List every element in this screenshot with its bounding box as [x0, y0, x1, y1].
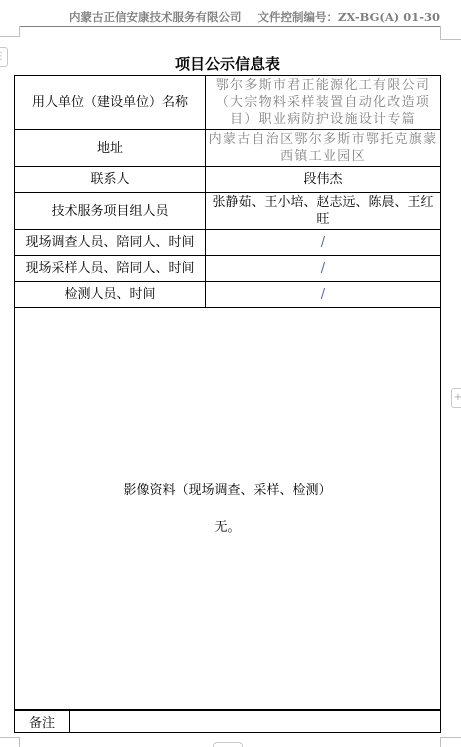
row-label-survey[interactable]: 现场调查人员、陪同人、时间 [15, 230, 206, 256]
margin-corner-bottom-right [440, 737, 461, 747]
row-label-contact[interactable]: 联系人 [15, 167, 206, 193]
project-info-table: 用人单位（建设单位）名称 鄂尔多斯市君正能源化工有限公司（大宗物料采样装置自动化… [14, 75, 441, 710]
table-row: 现场采样人员、陪同人、时间 / [15, 256, 441, 282]
images-content: 无。 [17, 519, 438, 536]
margin-corner-top-right [440, 26, 461, 40]
table-row: 检测人员、时间 / [15, 282, 441, 308]
document-title: 项目公示信息表 [14, 54, 441, 74]
table-row: 联系人 段伟杰 [15, 167, 441, 193]
table-row: 技术服务项目组人员 张静茹、王小培、赵志远、陈晨、王红旺 [15, 193, 441, 230]
images-title: 影像资料（现场调查、采样、检测） [17, 482, 438, 499]
header-company: 内蒙古正信安康技术服务有限公司 [69, 10, 242, 24]
row-value-sampling[interactable]: / [206, 256, 441, 282]
row-value-contact[interactable]: 段伟杰 [206, 167, 441, 193]
table-move-handle-icon[interactable]: ⋮ [0, 47, 8, 67]
header-doc-control: 文件控制编号：ZX-BG(A) 01-30 [257, 10, 440, 24]
remarks-table: 备注 [14, 710, 441, 733]
table-row: 用人单位（建设单位）名称 鄂尔多斯市君正能源化工有限公司（大宗物料采样装置自动化… [15, 76, 441, 130]
row-value-team[interactable]: 张静茹、王小培、赵志远、陈晨、王红旺 [206, 193, 441, 230]
remarks-label[interactable]: 备注 [15, 711, 70, 733]
row-label-team[interactable]: 技术服务项目组人员 [15, 193, 206, 230]
margin-corner-top-left [0, 26, 20, 37]
row-label-address[interactable]: 地址 [15, 130, 206, 167]
remarks-row: 备注 [15, 711, 441, 733]
row-label-sampling[interactable]: 现场采样人员、陪同人、时间 [15, 256, 206, 282]
row-label-employer[interactable]: 用人单位（建设单位）名称 [15, 76, 206, 130]
row-value-employer[interactable]: 鄂尔多斯市君正能源化工有限公司（大宗物料采样装置自动化改造项目）职业病防护设施设… [206, 76, 441, 130]
add-column-icon[interactable]: + [451, 388, 461, 408]
row-value-address[interactable]: 内蒙古自治区鄂尔多斯市鄂托克旗蒙西镇工业园区 [206, 130, 441, 167]
margin-corner-bottom-left [0, 737, 20, 747]
images-cell[interactable]: 影像资料（现场调查、采样、检测） 无。 [15, 308, 441, 710]
row-value-testing[interactable]: / [206, 282, 441, 308]
page-header: 内蒙古正信安康技术服务有限公司文件控制编号：ZX-BG(A) 01-30 [20, 8, 440, 27]
row-label-testing[interactable]: 检测人员、时间 [15, 282, 206, 308]
table-row-images: 影像资料（现场调查、采样、检测） 无。 [15, 308, 441, 710]
remarks-value[interactable] [70, 711, 441, 733]
add-row-handle[interactable] [213, 742, 243, 747]
row-value-survey[interactable]: / [206, 230, 441, 256]
table-row: 地址 内蒙古自治区鄂尔多斯市鄂托克旗蒙西镇工业园区 [15, 130, 441, 167]
table-row: 现场调查人员、陪同人、时间 / [15, 230, 441, 256]
